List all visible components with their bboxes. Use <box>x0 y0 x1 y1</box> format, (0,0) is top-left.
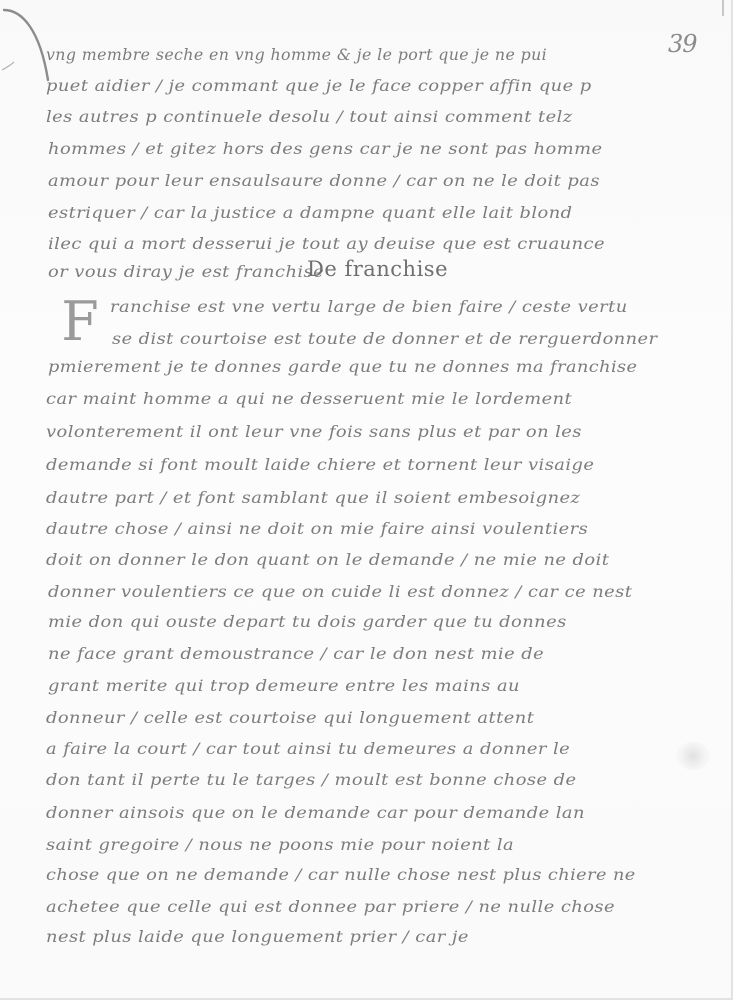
folio-number: 39 <box>668 30 697 58</box>
manuscript-line: chose que on ne demande / car nulle chos… <box>46 866 636 894</box>
manuscript-line: doit on donner le don quant on le demand… <box>46 551 609 579</box>
manuscript-line: donneur / celle est courtoise qui longue… <box>46 709 534 737</box>
manuscript-line: car maint homme a qui ne desseruent mie … <box>46 390 572 418</box>
manuscript-line: estriquer / car la justice a dampne quan… <box>48 204 573 232</box>
manuscript-line: mie don qui ouste depart tu dois garder … <box>48 613 567 641</box>
manuscript-line: achetee que celle qui est donnee par pri… <box>46 898 615 926</box>
manuscript-line: donner ainsois que on le demande car pou… <box>46 804 585 832</box>
chapter-heading: De franchise <box>307 257 448 281</box>
manuscript-line: nest plus laide que longuement prier / c… <box>46 928 469 956</box>
manuscript-line: pmierement je te donnes garde que tu ne … <box>48 358 637 386</box>
manuscript-line: hommes / et gitez hors des gens car je n… <box>48 140 602 168</box>
parchment-stain <box>676 742 710 770</box>
manuscript-line: donner voulentiers ce que on cuide li es… <box>48 583 632 611</box>
manuscript-line: saint gregoire / nous ne poons mie pour … <box>46 836 514 864</box>
decorated-initial: F <box>58 298 102 346</box>
manuscript-line: ranchise est vne vertu large de bien fai… <box>110 298 628 316</box>
manuscript-line: demande si font moult laide chiere et to… <box>46 456 594 484</box>
manuscript-line: se dist courtoise est toute de donner et… <box>112 330 657 348</box>
manuscript-line: vng membre seche en vng homme & je le po… <box>46 46 636 74</box>
manuscript-line: les autres p continuele desolu / tout ai… <box>46 108 573 136</box>
manuscript-line: or vous diray je est franchise <box>48 263 324 291</box>
manuscript-line: grant merite qui trop demeure entre les … <box>48 677 520 705</box>
page-edge-mark <box>722 0 724 16</box>
manuscript-line: ne face grant demoustrance / car le don … <box>48 645 544 673</box>
manuscript-line: don tant il perte tu le targes / moult e… <box>46 771 577 799</box>
manuscript-line: amour pour leur ensaulsaure donne / car … <box>48 172 600 200</box>
manuscript-line: puet aidier / je commant que je le face … <box>46 77 592 105</box>
manuscript-line: dautre part / et font samblant que il so… <box>46 489 580 517</box>
manuscript-line: volonterement il ont leur vne fois sans … <box>46 423 582 451</box>
manuscript-line: dautre chose / ainsi ne doit on mie fair… <box>46 520 588 548</box>
manuscript-page: 39 vng membre seche en vng homme & je le… <box>0 0 733 1000</box>
manuscript-line: a faire la court / car tout ainsi tu dem… <box>46 740 570 768</box>
